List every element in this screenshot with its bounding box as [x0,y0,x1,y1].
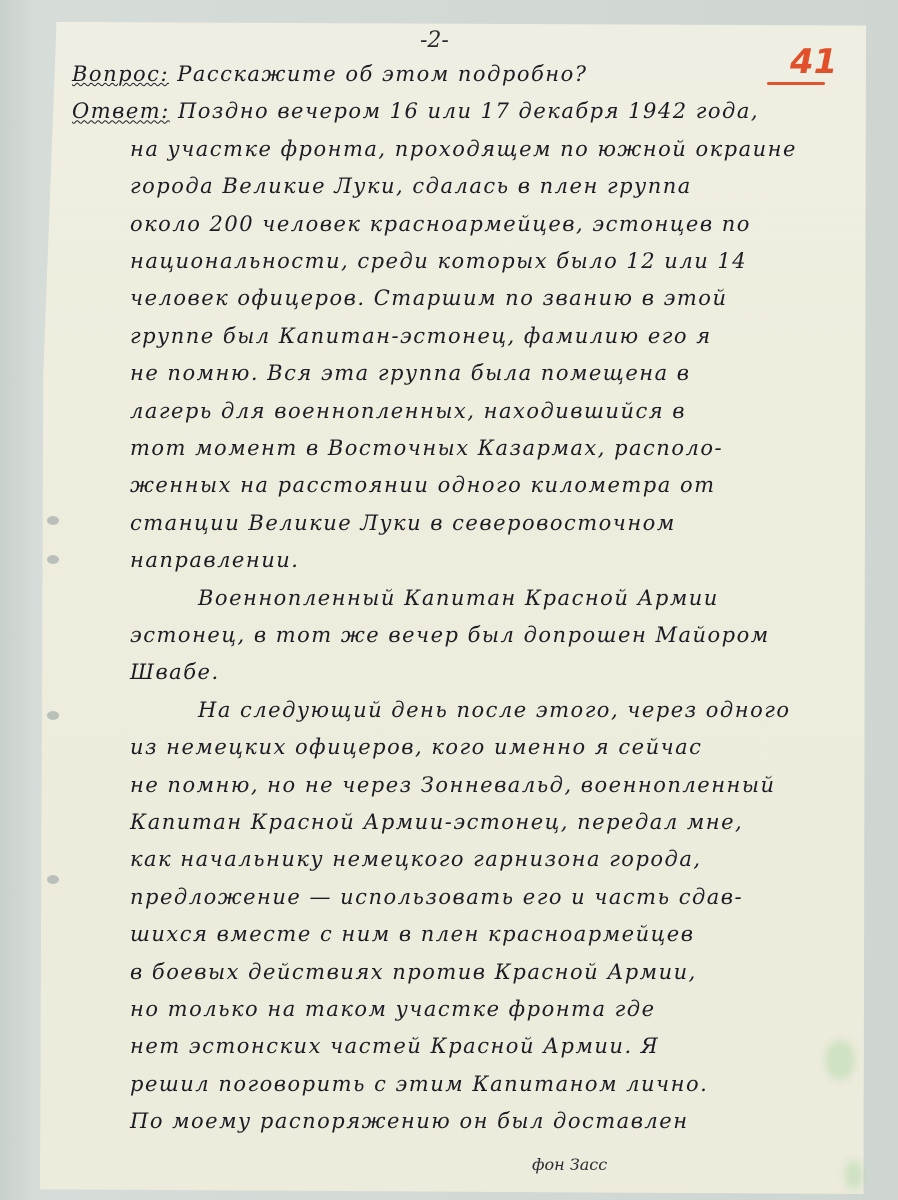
text-line: По моему распоряжению он был доставлен [130,1109,689,1133]
text-line: на участке фронта, проходящем по южной о… [130,137,797,161]
text-line: направлении. [130,548,299,572]
text-line: шихся вместе с ним в плен красноармейцев [130,922,694,946]
text-line: в боевых действиях против Красной Армии, [130,960,697,984]
text-line: человек офицеров. Старшим по званию в эт… [130,286,727,310]
text-line: станции Великие Луки в северовосточном [130,511,676,535]
text-line: но только на таком участке фронта где [130,997,656,1021]
text-line: предложение — использовать его и часть с… [130,885,743,909]
signature: фон Засс [532,1155,607,1174]
text-line: из немецких офицеров, кого именно я сейч… [130,735,702,759]
text-line: На следующий день после этого, через одн… [130,698,790,722]
text-line: национальности, среди которых было 12 ил… [130,249,747,273]
text-line: лагерь для военнопленных, находившийся в [130,399,686,423]
text-line: решил поговорить с этим Капитаном лично. [130,1072,708,1096]
text-line: группе был Капитан-эстонец, фамилию его … [130,324,712,348]
text-line: нет эстонских частей Красной Армии. Я [130,1034,659,1058]
answer-line: Ответ: Поздно вечером 16 или 17 декабря … [72,99,759,123]
answer-label: Ответ: [72,99,170,123]
question-label: Вопрос: [72,62,169,86]
text-line: не помню, но не через Зонневальд, военно… [130,773,776,797]
text-line: как начальнику немецкого гарнизона город… [130,847,702,871]
question-line: Вопрос: Расскажите об этом подробно? [72,62,588,86]
document-body: Вопрос: Расскажите об этом подробно? Отв… [0,0,898,1200]
text-line: города Великие Луки, сдалась в плен груп… [130,174,692,198]
text-line: женных на расстоянии одного километра от [130,473,716,497]
text-line: Швабе. [130,660,220,684]
text-line: около 200 человек красноармейцев, эстонц… [130,212,751,236]
text-line: Поздно вечером 16 или 17 декабря 1942 го… [178,99,759,123]
text-line: Капитан Красной Армии-эстонец, передал м… [130,810,743,834]
text-line: Военнопленный Капитан Красной Армии [130,586,719,610]
text-line: эстонец, в тот же вечер был допрошен Май… [130,623,770,647]
text-line: тот момент в Восточных Казармах, располо… [130,436,723,460]
text-line: не помню. Вся эта группа была помещена в [130,361,691,385]
question-text: Расскажите об этом подробно? [177,62,587,86]
